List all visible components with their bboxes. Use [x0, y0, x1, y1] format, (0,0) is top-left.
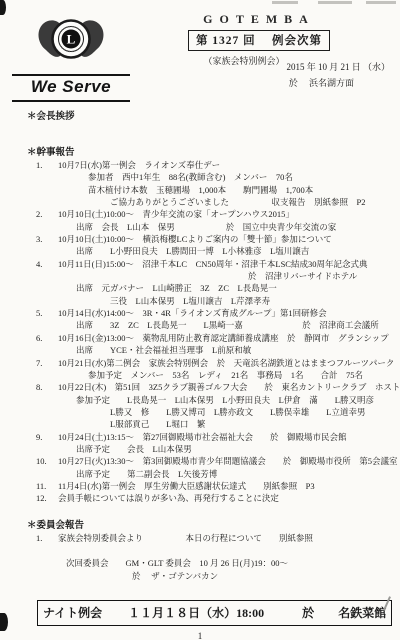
item-subline: 苗木植付け本数 玉穂圃場 1,000本 駒門圃場 1,700本 — [88, 184, 400, 196]
item-number: 6. — [36, 332, 58, 344]
motto-text: We Serve — [14, 77, 128, 97]
item-subline: 出席予定 第二副会長 L矢後芳博 — [76, 468, 400, 480]
committee-item: 1. 家族会特別委員会より 本日の行程について 別紙参照 — [36, 532, 400, 544]
report-item: 12.会員手帳については誤りが多い為、再発行することに決定 — [36, 492, 400, 504]
item-title: 10月16日(金)13:00～ 薬物乱用防止教育認定講師養成講座 於 静岡市 グ… — [58, 332, 389, 344]
item-subline: 出席予定 会長 L山本保男 — [76, 443, 400, 455]
committee-report-list: 1. 家族会特別委員会より 本日の行程について 別紙参照 — [36, 532, 400, 544]
item-title: 10月24日(土)13:15～ 第27回御殿場市社会福祉大会 於 御殿場市民会館 — [58, 431, 347, 443]
header-title-block: GOTEMBA 第 1327 回 例会次第 （家族会特別例会） — [128, 12, 390, 67]
item-title: 10月22日(木) 第51回 3Z5クラブ親善ゴルフ大会 於 東名カントリークラ… — [58, 381, 400, 393]
report-item: 10.10月27日(火)13:30～ 第3回御殿場市青少年問題協議会 於 御殿場… — [36, 455, 400, 480]
item-subline: 出席 会長 L山本 保男 於 国立中央青少年交流の家 — [76, 221, 400, 233]
scanned-meeting-agenda: L We Serve GOTEMBA 第 1327 回 例会次第 （家族会特別例… — [0, 0, 400, 640]
item-number: 5. — [36, 307, 58, 319]
item-subline: 出席 L小野田良夫 L勝間田一博 L小林雅彦 L塩川譲吉 — [76, 245, 400, 257]
item-title: 10月10日(土)10:00～ 横浜梅櫻LCよりご案内の「雙十節」参加について — [58, 233, 332, 245]
item-number: 11. — [36, 480, 58, 492]
secretary-report-list: 1.10月7日(水)第一例会 ライオンズ奉仕デー 参加者 西中1年生 88名(教… — [36, 159, 400, 505]
item-number: 8. — [36, 381, 58, 393]
club-name: GOTEMBA — [128, 12, 390, 27]
item-subline: 三役 L山本保男 L塩川譲吉 L芹澤孝寿 — [110, 295, 400, 307]
night-meeting-venue: 名鉄菜館 — [338, 604, 386, 621]
item-subline: 出席 YCE・社会福祉担当理事 L前原和敏 — [76, 344, 400, 356]
report-item: 9.10月24日(土)13:15～ 第27回御殿場市社会福祉大会 於 御殿場市民… — [36, 431, 400, 456]
page-number: 1 — [0, 631, 400, 640]
next-committee-line: 次回委員会 GM・GLT 委員会 10 月 26 日(月)19：00～ — [66, 557, 400, 570]
greeting-heading: ＊会長挨拶 — [27, 108, 400, 122]
report-item: 4.10月11日(日)15:00～ 沼津千本LC CN50周年・沼津千本LSC結… — [36, 258, 400, 307]
item-title: 10月27日(火)13:30～ 第3回御殿場市青少年問題協議会 於 御殿場市役所… — [58, 455, 398, 467]
item-subline: 出席 元ガバナー L山崎勝正 3Z ZC L長島晃一 — [76, 282, 400, 294]
item-title: 11月4日(水)第一例会 厚生労働大臣感謝状伝達式 別紙参照 P3 — [58, 480, 315, 492]
lions-club-logo: L We Serve — [12, 12, 130, 102]
item-title: 会員手帳については誤りが多い為、再発行することに決定 — [58, 492, 279, 504]
committee-report-heading: ＊委員会報告 — [27, 517, 400, 531]
item-number: 7. — [36, 357, 58, 369]
secretary-report-heading: ＊幹事報告 — [27, 144, 400, 158]
item-subline: L勝又 修 L勝又博司 L勝亦政文 L勝俣幸雄 L立道幸男 — [110, 406, 400, 418]
item-subline: 参加者 西中1年生 88名(教師含む) メンバー 70名 — [88, 171, 400, 183]
report-item: 2.10月10日(土)10:00～ 青少年交流の家「オープンハウス2015」 出… — [36, 208, 400, 233]
report-item: 7.10月21日(水)第二例会 家族会特別例会 於 天竜浜名湖鉄道とはままつフル… — [36, 357, 400, 382]
item-number: 2. — [36, 208, 58, 220]
report-item: 1.10月7日(水)第一例会 ライオンズ奉仕デー 参加者 西中1年生 88名(教… — [36, 159, 400, 208]
meeting-date: 2015 年 10 月 21 日 （水） — [286, 60, 390, 73]
meeting-venue: 於 浜名湖方面 — [286, 76, 390, 89]
item-title: 10月11日(日)15:00～ 沼津千本LC CN50周年・沼津千本LSC結成3… — [58, 258, 367, 270]
item-title: 10月10日(土)10:00～ 青少年交流の家「オープンハウス2015」 — [58, 208, 294, 220]
item-subline: 参加予定 メンバー 53名 レディ 21名 事務局 1名 合計 75名 — [88, 369, 400, 381]
item-number: 12. — [36, 492, 58, 504]
item-title: 10月21日(水)第二例会 家族会特別例会 於 天竜浜名湖鉄道とはままつフルーツ… — [58, 357, 394, 369]
item-subline: 出席 3Z ZC L長島晃一 L黒崎一嘉 於 沼津商工会議所 — [76, 319, 400, 331]
report-item: 11.11月4日(水)第一例会 厚生労働大臣感謝状伝達式 別紙参照 P3 — [36, 480, 400, 492]
night-meeting-at: 於 — [302, 604, 314, 621]
item-title: 10月14日(水)14:00～ 3R・4R「ライオンズ育成グループ」第1回研修会 — [58, 307, 327, 319]
item-subline: L服部貢己 L堀口 繁 — [110, 418, 400, 430]
next-committee-venue: 於 ザ・ゴテンバカン — [132, 570, 400, 583]
item-number: 9. — [36, 431, 58, 443]
night-meeting-label: ナイト例会 — [43, 604, 102, 621]
item-number: 3. — [36, 233, 58, 245]
svg-text:L: L — [67, 32, 76, 47]
meeting-title-box: 第 1327 回 例会次第 — [188, 30, 330, 51]
document-header: L We Serve GOTEMBA 第 1327 回 例会次第 （家族会特別例… — [0, 0, 400, 102]
item-number: 4. — [36, 258, 58, 270]
item-title: 家族会特別委員会より 本日の行程について 別紙参照 — [58, 532, 313, 544]
item-number: 1. — [36, 532, 58, 544]
item-subline: 参加予定 L長島晃一 L山本保男 L小野田良夫 L伊倉 滿 L勝又明彦 — [76, 394, 400, 406]
night-meeting-box: ナイト例会 １１月１８日（水）18:00 於 名鉄菜館 — [37, 600, 392, 626]
item-subline: ご協力ありがとうございました 収支報告 別紙参照 P2 — [110, 196, 400, 208]
report-item: 8.10月22日(木) 第51回 3Z5クラブ親善ゴルフ大会 於 東名カントリー… — [36, 381, 400, 430]
motto-rule: We Serve — [12, 74, 130, 102]
report-item: 3.10月10日(土)10:00～ 横浜梅櫻LCよりご案内の「雙十節」参加につい… — [36, 233, 400, 258]
report-item: 6.10月16日(金)13:00～ 薬物乱用防止教育認定講師養成講座 於 静岡市… — [36, 332, 400, 357]
date-block: 2015 年 10 月 21 日 （水） 於 浜名湖方面 — [286, 60, 390, 89]
item-number: 1. — [36, 159, 58, 171]
scan-artifact-bottom-left — [0, 613, 8, 631]
item-number: 10. — [36, 455, 58, 467]
lions-emblem-icon: L — [30, 12, 112, 70]
item-title: 10月7日(水)第一例会 ライオンズ奉仕デー — [58, 159, 220, 171]
night-meeting-datetime: １１月１８日（水）18:00 — [128, 604, 264, 621]
item-subline: 於 沼津リバーサイドホテル — [248, 270, 400, 282]
report-item: 5.10月14日(水)14:00～ 3R・4R「ライオンズ育成グループ」第1回研… — [36, 307, 400, 332]
